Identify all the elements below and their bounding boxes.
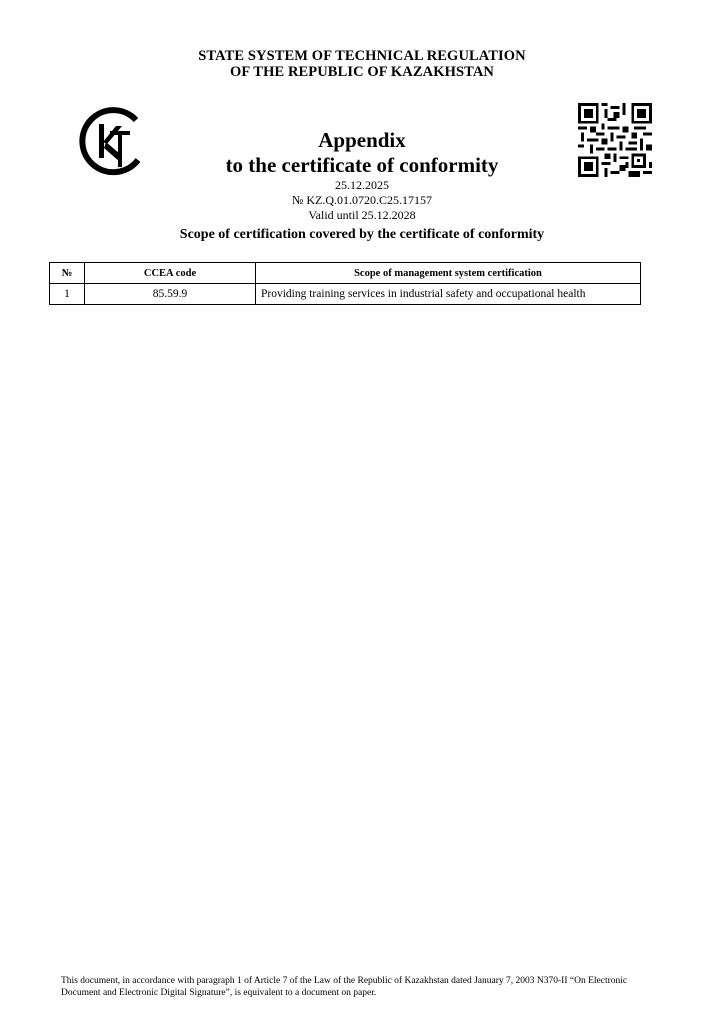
certificate-number: № KZ.Q.01.0720.C25.17157 <box>0 193 724 208</box>
issuer-line-1: STATE SYSTEM OF TECHNICAL REGULATION <box>0 48 724 64</box>
document-subtitle: to the certificate of conformity <box>0 153 724 178</box>
cell-number: 1 <box>50 284 85 305</box>
scope-heading: Scope of certification covered by the ce… <box>0 226 724 244</box>
table-header-row: № CCEA code Scope of management system c… <box>50 263 641 284</box>
column-header-number: № <box>50 263 85 284</box>
issuer-header: STATE SYSTEM OF TECHNICAL REGULATION OF … <box>0 48 724 80</box>
issuer-line-2: OF THE REPUBLIC OF KAZAKHSTAN <box>0 64 724 80</box>
title-block: Appendix to the certificate of conformit… <box>0 128 724 244</box>
valid-until: Valid until 25.12.2028 <box>0 208 724 223</box>
table-row: 1 85.59.9 Providing training services in… <box>50 284 641 305</box>
scope-table: № CCEA code Scope of management system c… <box>49 262 641 305</box>
column-header-ccea-code: CCEA code <box>85 263 256 284</box>
issue-date: 25.12.2025 <box>0 178 724 193</box>
column-header-scope: Scope of management system certification <box>256 263 641 284</box>
cell-scope: Providing training services in industria… <box>256 284 641 305</box>
cell-ccea-code: 85.59.9 <box>85 284 256 305</box>
legal-footer: This document, in accordance with paragr… <box>61 975 661 999</box>
document-title: Appendix <box>0 128 724 153</box>
